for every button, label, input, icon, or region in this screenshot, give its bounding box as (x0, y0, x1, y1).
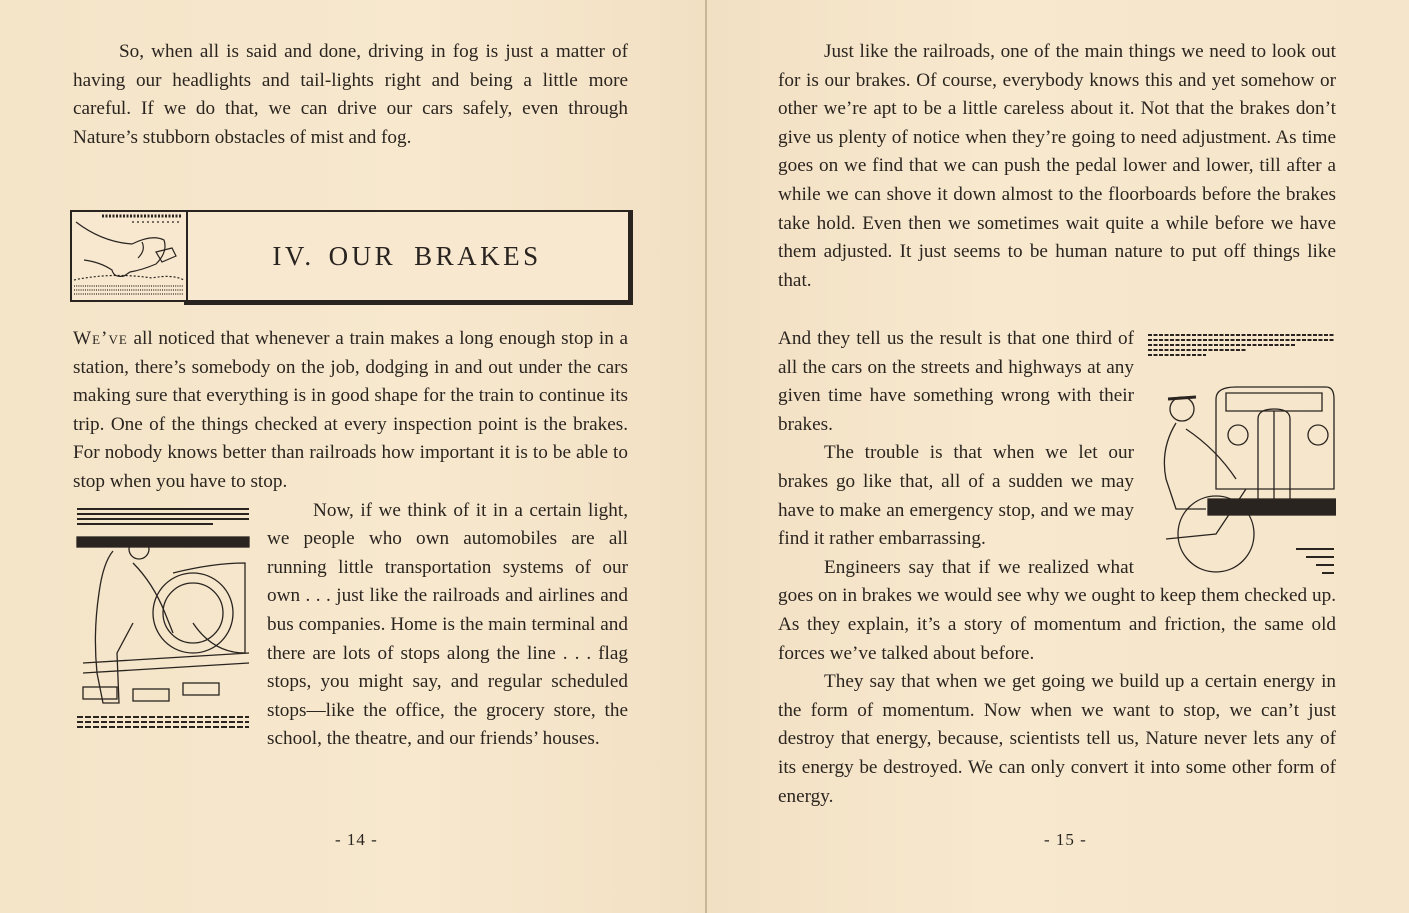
paragraph: Just like the railroads, one of the main… (778, 38, 1336, 295)
paragraph: They say that when we get going we build… (778, 668, 1336, 811)
right-body: Just like the railroads, one of the main… (778, 38, 1336, 295)
right-page: Just like the railroads, one of the main… (707, 0, 1409, 913)
chapter-title-word: BRAKES (414, 241, 542, 272)
page-number: - 15 - (1044, 830, 1087, 850)
right-body-continued: And they tell us the result is that one … (778, 325, 1336, 811)
chapter-body: We’ve all noticed that whenever a train … (73, 325, 628, 754)
paragraph: We’ve all noticed that whenever a train … (73, 325, 628, 497)
intro-text: So, when all is said and done, driving i… (73, 38, 628, 152)
intro-paragraph: So, when all is said and done, driving i… (73, 38, 628, 152)
chapter-title: IV. OUR BRAKES (186, 212, 628, 300)
chapter-heading-box: IV. OUR BRAKES (70, 210, 630, 302)
chapter-title-word: OUR (329, 241, 397, 272)
cyclist-in-front-of-car-icon (1146, 329, 1336, 579)
left-page: So, when all is said and done, driving i… (0, 0, 706, 913)
book-spread: So, when all is said and done, driving i… (0, 0, 1409, 913)
drop-lead: We’ve (73, 328, 128, 349)
foot-on-brake-pedal-icon (72, 212, 188, 300)
railroad-inspector-checking-wheel-icon (73, 503, 253, 729)
chapter-number: IV. (272, 241, 314, 272)
page-number: - 14 - (335, 830, 378, 850)
